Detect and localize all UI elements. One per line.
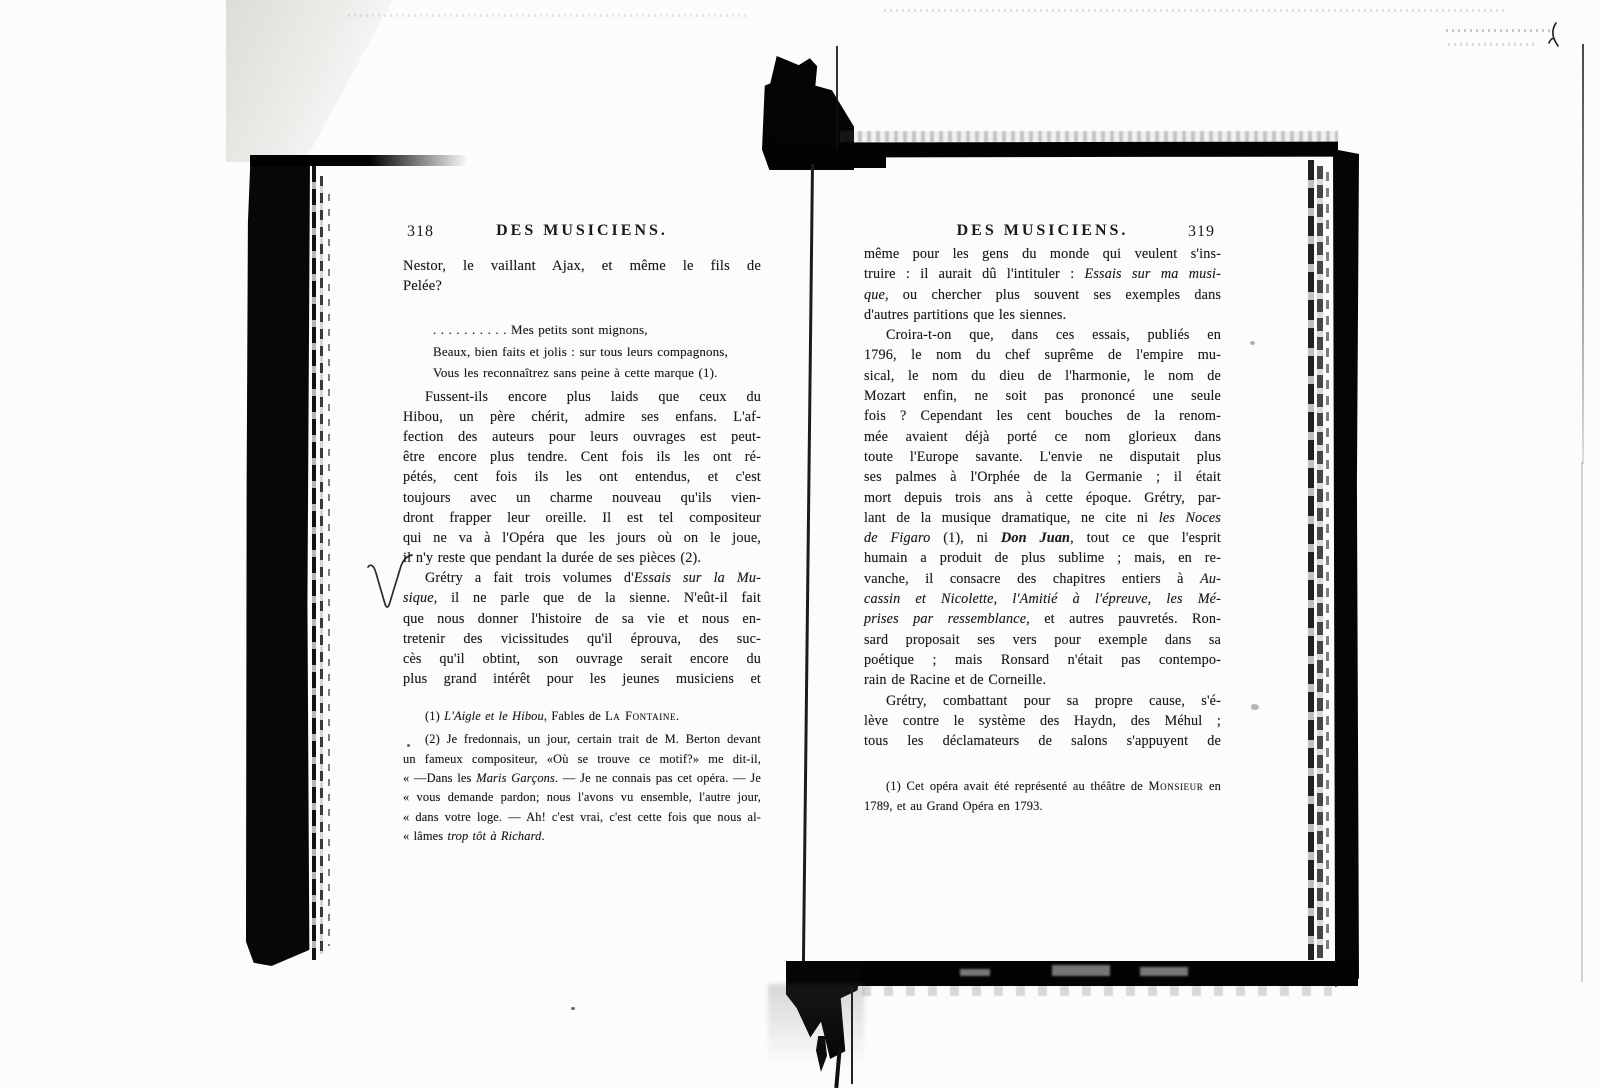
scan-speck: [1251, 704, 1259, 710]
text-line: même pour les gens du monde qui veulent …: [864, 244, 1221, 264]
page-number: 319: [1188, 223, 1215, 241]
footnote-block: (1) Cet opéra avait été représenté au th…: [864, 777, 1221, 816]
footnote-block: (1) L'Aigle et le Hibou, Fables de La Fo…: [403, 707, 761, 726]
book-spine-line: [802, 164, 814, 964]
scan-shadow: [768, 984, 864, 1080]
text-line: « lâmes trop tôt à Richard.: [403, 827, 761, 846]
text-line: plus grand intérêt pour les jeunes music…: [403, 669, 761, 689]
text-line: lève contre le système des Haydn, des Mé…: [864, 711, 1221, 731]
page-edge-streak: [1326, 172, 1329, 952]
text-line: fection des auteurs pour leurs ouvrages …: [403, 427, 761, 447]
page-header: 318 DES MUSICIENS.: [403, 222, 761, 244]
text-line: Fussent-ils encore plus laids que ceux d…: [403, 387, 761, 407]
text-line: humain a produit de plus sublime ; mais,…: [864, 548, 1221, 568]
paragraph: Grétry a fait trois volumes d'Essais sur…: [403, 568, 761, 689]
page-319: 319 DES MUSICIENS. même pour les gens du…: [864, 222, 1221, 816]
text-line: tretenir des vicissitudes qu'il éprouva,…: [403, 629, 761, 649]
page-body: même pour les gens du monde qui veulent …: [864, 244, 1221, 816]
scan-noise-strip: [884, 9, 1504, 12]
scan-noise-strip: [348, 14, 748, 17]
text-line: « dans votre loge. — Ah! c'est vrai, c'e…: [403, 808, 761, 827]
text-line: vanche, il consacre des chapitres entier…: [864, 569, 1221, 589]
text-line: sique, il ne parle que de la sienne. N'e…: [403, 588, 761, 608]
text-line: . . . . . . . . . . Mes petits sont mign…: [433, 319, 761, 341]
page-edge-streak: [1317, 166, 1323, 958]
paragraph: Nestor, le vaillant Ajax, et même le fil…: [403, 256, 761, 296]
scan-noise-strip: [1446, 29, 1554, 32]
text-line: 1796, le nom du chef suprême de l'empire…: [864, 345, 1221, 365]
paragraph: Croira-t-on que, dans ces essais, publié…: [864, 325, 1221, 690]
scan-noise-strip: [1448, 43, 1534, 46]
text-line: de Figaro (1), ni Don Juan, tout ce que …: [864, 528, 1221, 548]
text-line: fois ? Cependant les cent bouches de la …: [864, 406, 1221, 426]
ink-drip: [851, 988, 853, 1084]
text-line: toujours avec un charme nouveau qu'ils v…: [403, 488, 761, 508]
page-318: 318 DES MUSICIENS. Nestor, le vaillant A…: [403, 222, 761, 846]
corner-mark-icon: [1543, 20, 1567, 50]
text-line: sard proposait ses vers pour exemple dan…: [864, 630, 1221, 650]
text-line: que nous donner l'histoire de sa vie et …: [403, 609, 761, 629]
page-edge-streak: [328, 194, 330, 946]
scan-noise-strip: [862, 986, 1332, 996]
left-page-edge-band: [246, 158, 310, 966]
text-line: lant de la musique dramatique, ne cite n…: [864, 508, 1221, 528]
scan-edge-line: [1582, 44, 1584, 464]
scan-speck: [571, 1007, 575, 1010]
scan-edge-line: [1581, 462, 1583, 982]
text-line: truire : il aurait dû l'intituler : Essa…: [864, 264, 1221, 284]
scan-noise: [1140, 967, 1188, 976]
scan-noise: [1052, 965, 1110, 976]
right-page-edge-band: [1333, 149, 1359, 987]
text-line: prises par ressemblance, et autres pauvr…: [864, 609, 1221, 629]
text-line: Grétry a fait trois volumes d'Essais sur…: [403, 568, 761, 588]
text-line: d'autres partitions que les siennes.: [864, 305, 1221, 325]
text-line: Grétry, combattant pour sa propre cause,…: [864, 691, 1221, 711]
page-top-edge-shadow: [250, 155, 468, 166]
text-line: que, ou chercher plus souvent ses exempl…: [864, 285, 1221, 305]
text-line: Beaux, bien faits et jolis : sur tous le…: [433, 341, 761, 363]
text-line: cassin et Nicolette, l'Amitié à l'épreuv…: [864, 589, 1221, 609]
running-title: DES MUSICIENS.: [403, 222, 761, 240]
text-line: tous les déclamateurs de salons s'appuye…: [864, 731, 1221, 751]
text-line: cès qu'il obtint, son ouvrage serait enc…: [403, 649, 761, 669]
page-edge-streak: [1308, 160, 1314, 960]
text-line: Croira-t-on que, dans ces essais, publié…: [864, 325, 1221, 345]
spine-edge-line: [836, 46, 838, 148]
text-line: pétés, cent fois ils les ont entendus, e…: [403, 467, 761, 487]
text-line: « —Dans les Maris Garçons. — Je ne conna…: [403, 769, 761, 788]
text-line: il n'y reste que pendant la durée de ses…: [403, 548, 761, 568]
page-number: 318: [407, 223, 434, 241]
page-header: 319 DES MUSICIENS.: [864, 222, 1221, 244]
scan-speck: [1250, 341, 1255, 345]
page-edge-streak: [312, 166, 316, 960]
text-line: mort depuis trois ans à cette époque. Gr…: [864, 488, 1221, 508]
text-line: Vous les reconnaîtrez sans peine à cette…: [433, 362, 761, 384]
paragraph: Fussent-ils encore plus laids que ceux d…: [403, 387, 761, 568]
scanner-corner-shade: [226, 0, 422, 162]
page-edge-streak: [320, 176, 323, 954]
text-line: ses palmes à l'Orphée de la Germanie ; i…: [864, 467, 1221, 487]
text-line: être encore plus tendre. Cent fois ils l…: [403, 447, 761, 467]
text-line: Pelée?: [403, 276, 761, 296]
right-page-top-edge: [846, 142, 1338, 158]
verse-block: . . . . . . . . . . Mes petits sont mign…: [433, 319, 761, 384]
paragraph: même pour les gens du monde qui veulent …: [864, 244, 1221, 325]
text-line: un fameux compositeur, «Où se trouve ce …: [403, 750, 761, 769]
text-line: (1) Cet opéra avait été représenté au th…: [864, 777, 1221, 796]
text-line: mée avaient déjà porté ce nom glorieux d…: [864, 427, 1221, 447]
text-line: Mozart enfin, ne soit pas prononcé une s…: [864, 386, 1221, 406]
scan-noise-strip: [840, 131, 1338, 142]
text-line: poétique ; mais Ronsard n'était pas cont…: [864, 650, 1221, 670]
footnote-block: (2) Je fredonnais, un jour, certain trai…: [403, 730, 761, 846]
text-line: Nestor, le vaillant Ajax, et même le fil…: [403, 256, 761, 276]
paragraph: Grétry, combattant pour sa propre cause,…: [864, 691, 1221, 752]
text-line: 1789, et au Grand Opéra en 1793.: [864, 797, 1221, 816]
running-title: DES MUSICIENS.: [864, 222, 1221, 240]
text-line: sical, le nom du dieu de l'harmonie, le …: [864, 366, 1221, 386]
text-line: toute l'Europe savante. L'envie ne dispu…: [864, 447, 1221, 467]
book-scan: 318 DES MUSICIENS. Nestor, le vaillant A…: [0, 0, 1600, 1088]
text-line: (2) Je fredonnais, un jour, certain trai…: [403, 730, 761, 749]
text-line: Hibou, un père chérit, admire ses enfans…: [403, 407, 761, 427]
text-line: « vous demande pardon; nous l'avons vu e…: [403, 788, 761, 807]
scan-noise: [960, 969, 990, 976]
text-line: qui ne va à l'Opéra que les jours où on …: [403, 528, 761, 548]
text-line: (1) L'Aigle et le Hibou, Fables de La Fo…: [403, 707, 761, 726]
text-line: dront frapper leur oreille. Il est tel c…: [403, 508, 761, 528]
text-line: rain de Racine et de Corneille.: [864, 670, 1221, 690]
page-body: Nestor, le vaillant Ajax, et même le fil…: [403, 256, 761, 846]
